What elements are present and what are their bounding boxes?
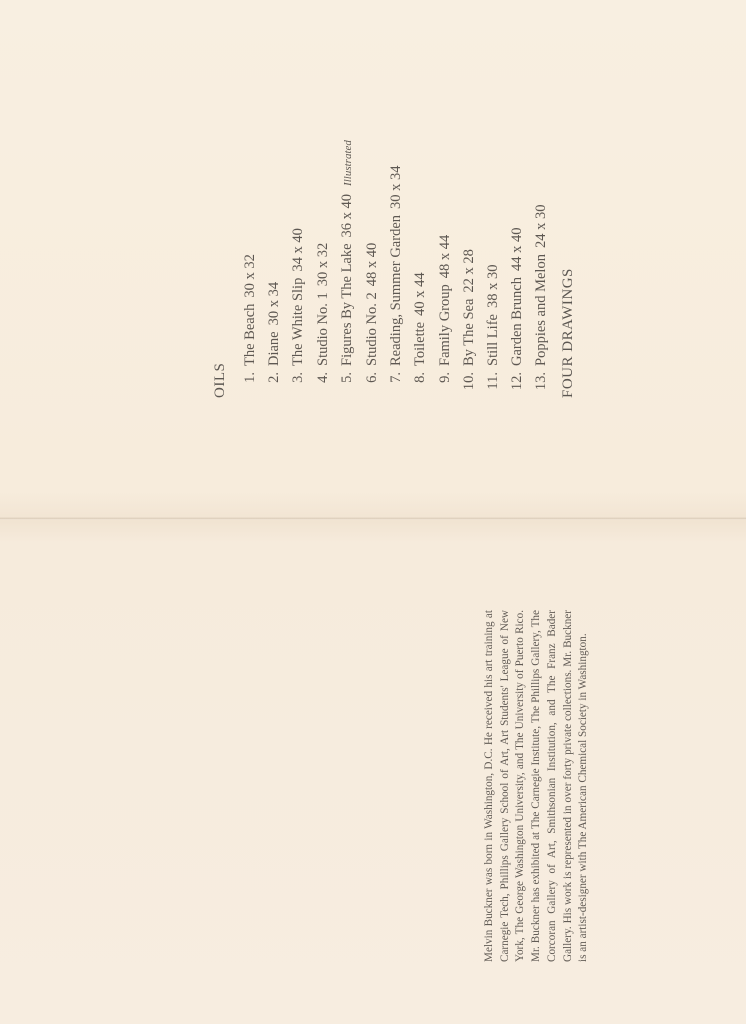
oil-list-item: 5.Figures By The Lake36 x 40Illustrated (335, 0, 360, 398)
item-dimensions: 34 x 40 (290, 228, 306, 272)
item-note: Illustrated (342, 140, 354, 186)
oil-list-item: 11.Still Life38 x 30 (481, 0, 505, 398)
item-dimensions: 40 x 44 (412, 272, 428, 316)
item-number: 1. (238, 372, 262, 398)
item-title: By The Sea (461, 299, 477, 366)
item-title: The Beach (242, 304, 258, 366)
oil-list-item: 13.Poppies and Melon24 x 30 (529, 0, 553, 398)
item-number: 6. (360, 372, 384, 398)
oil-list-item: 2.Diane30 x 34 (262, 0, 286, 398)
item-dimensions: 48 x 40 (364, 243, 380, 287)
item-number: 8. (408, 372, 432, 398)
item-title: Still Life (485, 314, 501, 366)
item-number: 9. (433, 372, 457, 398)
oil-list-item: 10.By The Sea22 x 28 (457, 0, 481, 398)
item-title: Studio No. 2 (364, 292, 380, 366)
item-title: Figures By The Lake (339, 243, 355, 366)
item-dimensions: 48 x 44 (437, 235, 453, 279)
item-dimensions: 36 x 40 (339, 194, 355, 238)
item-number: 13. (529, 372, 553, 398)
artist-bio: Melvin Buckner was born in Washington, D… (482, 610, 592, 962)
item-title: Family Group (437, 284, 453, 366)
oils-section: OILS 1.The Beach30 x 322.Diane30 x 343.T… (208, 0, 580, 398)
item-title: Poppies and Melon (533, 254, 549, 366)
item-dimensions: 44 x 40 (509, 228, 525, 272)
item-dimensions: 30 x 32 (242, 254, 258, 298)
item-number: 7. (384, 372, 408, 398)
oils-list: 1.The Beach30 x 322.Diane30 x 343.The Wh… (238, 0, 554, 398)
drawings-heading: FOUR DRAWINGS (556, 0, 580, 398)
oil-list-item: 12.Garden Brunch44 x 40 (505, 0, 529, 398)
item-title: Studio No. 1 (315, 292, 331, 366)
item-title: Garden Brunch (509, 277, 525, 366)
item-title: Diane (266, 331, 282, 366)
item-dimensions: 30 x 34 (266, 282, 282, 326)
oil-list-item: 6.Studio No. 248 x 40 (360, 0, 384, 398)
item-title: The White Slip (290, 278, 306, 366)
item-dimensions: 22 x 28 (461, 249, 477, 293)
item-dimensions: 38 x 30 (485, 265, 501, 309)
item-number: 11. (481, 372, 505, 398)
item-number: 5. (335, 372, 359, 398)
item-title: Reading, Summer Garden (388, 215, 404, 366)
item-dimensions: 30 x 32 (315, 243, 331, 287)
oil-list-item: 9.Family Group48 x 44 (433, 0, 457, 398)
item-dimensions: 30 x 34 (388, 165, 404, 209)
fold-line (0, 517, 746, 520)
oil-list-item: 4.Studio No. 130 x 32 (311, 0, 335, 398)
oil-list-item: 1.The Beach30 x 32 (238, 0, 262, 398)
item-number: 10. (457, 372, 481, 398)
item-number: 12. (505, 372, 529, 398)
item-number: 4. (311, 372, 335, 398)
item-number: 3. (286, 372, 310, 398)
item-title: Toilette (412, 322, 428, 366)
item-number: 2. (262, 372, 286, 398)
oil-list-item: 7.Reading, Summer Garden30 x 34 (384, 0, 408, 398)
oil-list-item: 8.Toilette40 x 44 (408, 0, 432, 398)
artist-bio-section: Melvin Buckner was born in Washington, D… (482, 610, 592, 962)
oil-list-item: 3.The White Slip34 x 40 (286, 0, 310, 398)
item-dimensions: 24 x 30 (533, 205, 549, 249)
oils-heading: OILS (208, 0, 232, 398)
